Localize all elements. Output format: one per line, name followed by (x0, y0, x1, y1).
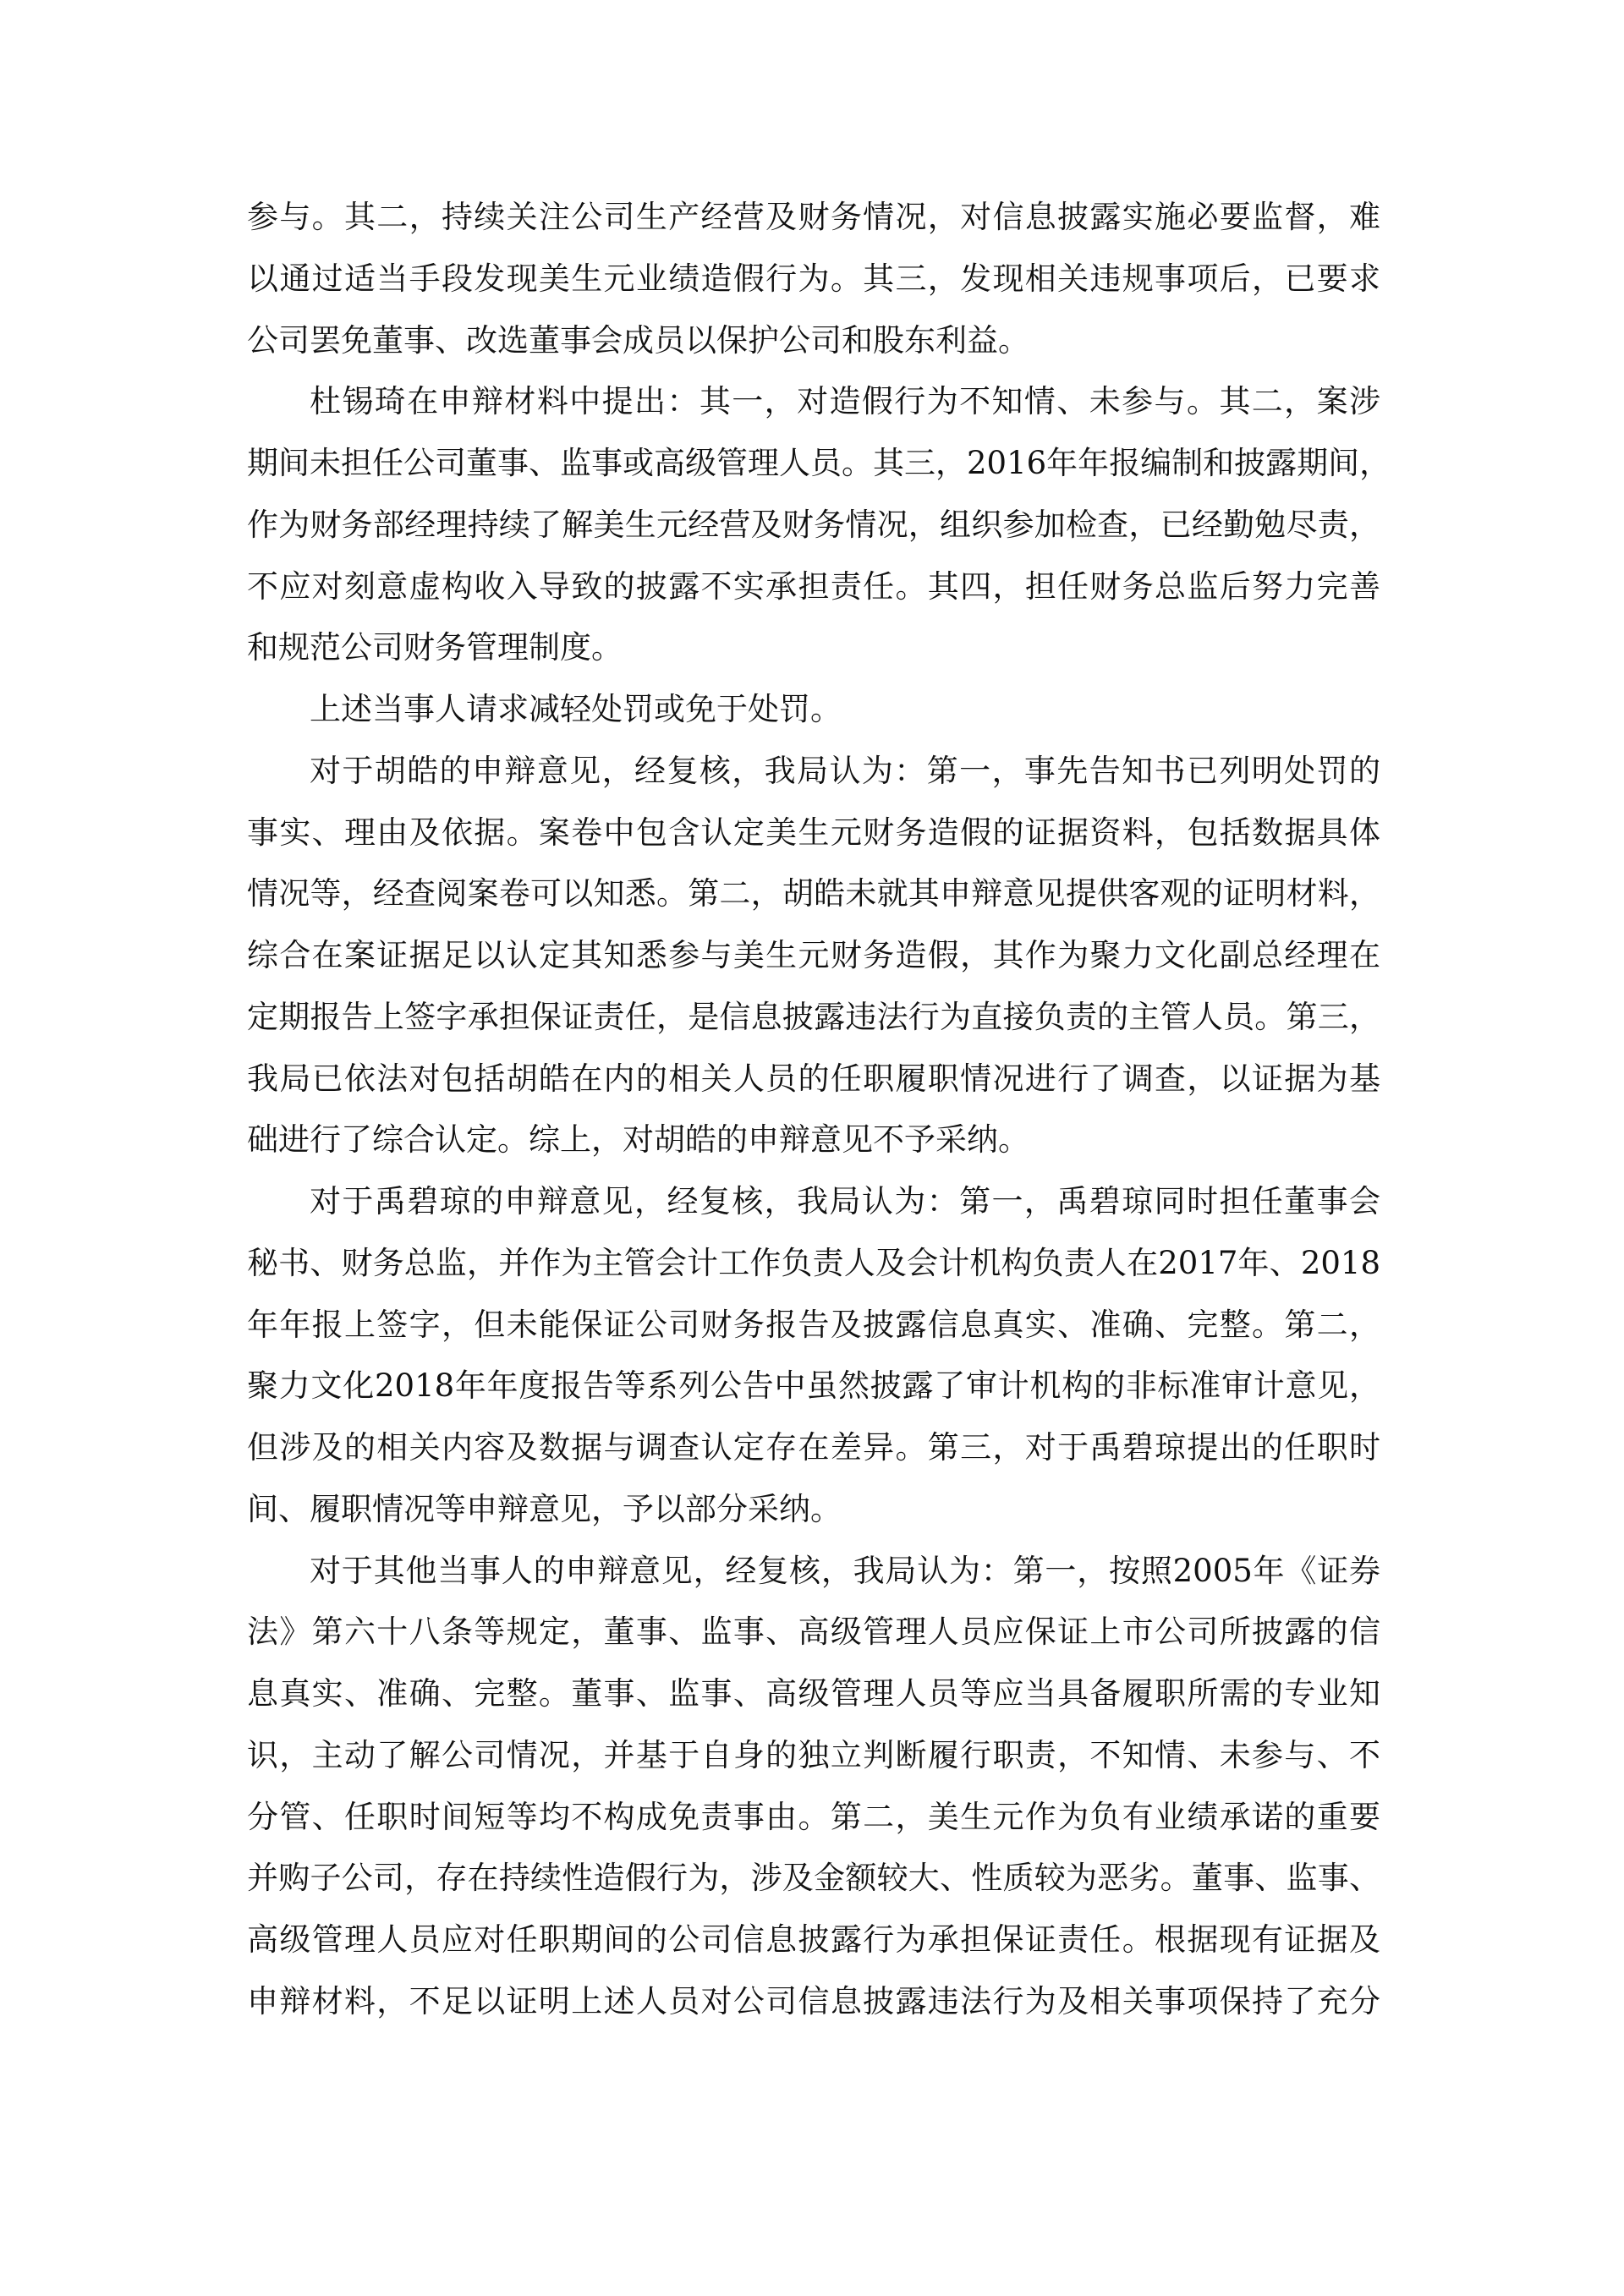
text-line: 上述当事人请求减轻处罚或免于处罚。 (247, 679, 1380, 741)
text-line: 聚力文化2018年年度报告等系列公告中虽然披露了审计机构的非标准审计意见， (247, 1356, 1380, 1417)
text-line: 期间未担任公司董事、监事或高级管理人员。其三，2016年年报编制和披露期间， (247, 433, 1380, 495)
text-line: 对于其他当事人的申辩意见，经复核，我局认为：第一，按照2005年《证券 (247, 1541, 1380, 1603)
text-line: 法》第六十八条等规定，董事、监事、高级管理人员应保证上市公司所披露的信 (247, 1602, 1380, 1663)
text-line: 对于胡皓的申辩意见，经复核，我局认为：第一，事先告知书已列明处罚的 (247, 741, 1380, 803)
paragraph-du-xiqi-defense: 杜锡琦在申辩材料中提出：其一，对造假行为不知情、未参与。其二，案涉 期间未担任公… (247, 371, 1380, 679)
paragraph-yu-biqiong-review: 对于禹碧琼的申辩意见，经复核，我局认为：第一，禹碧琼同时担任董事会 秘书、财务总… (247, 1171, 1380, 1541)
text-line: 分管、任职时间短等均不构成免责事由。第二，美生元作为负有业绩承诺的重要 (247, 1787, 1380, 1849)
document-body: 参与。其二，持续关注公司生产经营及财务情况，对信息披露实施必要监督，难 以通过适… (247, 187, 1380, 2033)
paragraph-other-parties-review: 对于其他当事人的申辩意见，经复核，我局认为：第一，按照2005年《证券 法》第六… (247, 1541, 1380, 2033)
text-line: 公司罢免董事、改选董事会成员以保护公司和股东利益。 (247, 310, 1380, 372)
text-line: 作为财务部经理持续了解美生元经营及财务情况，组织参加检查，已经勤勉尽责， (247, 495, 1380, 556)
text-line: 情况等，经查阅案卷可以知悉。第二，胡皓未就其申辩意见提供客观的证明材料， (247, 863, 1380, 925)
paragraph-penalty-request: 上述当事人请求减轻处罚或免于处罚。 (247, 679, 1380, 741)
text-line: 定期报告上签字承担保证责任，是信息披露违法行为直接负责的主管人员。第三， (247, 987, 1380, 1049)
paragraph-continuation: 参与。其二，持续关注公司生产经营及财务情况，对信息披露实施必要监督，难 以通过适… (247, 187, 1380, 371)
text-line: 参与。其二，持续关注公司生产经营及财务情况，对信息披露实施必要监督，难 (247, 187, 1380, 249)
text-line: 申辩材料，不足以证明上述人员对公司信息披露违法行为及相关事项保持了充分 (247, 1971, 1380, 2033)
text-line: 息真实、准确、完整。董事、监事、高级管理人员等应当具备履职所需的专业知 (247, 1663, 1380, 1725)
text-line: 并购子公司，存在持续性造假行为，涉及金额较大、性质较为恶劣。董事、监事、 (247, 1848, 1380, 1910)
text-line: 但涉及的相关内容及数据与调查认定存在差异。第三，对于禹碧琼提出的任职时 (247, 1417, 1380, 1479)
text-line: 不应对刻意虚构收入导致的披露不实承担责任。其四，担任财务总监后努力完善 (247, 556, 1380, 618)
text-line: 和规范公司财务管理制度。 (247, 617, 1380, 679)
text-line: 年年报上签字，但未能保证公司财务报告及披露信息真实、准确、完整。第二， (247, 1295, 1380, 1356)
text-line: 高级管理人员应对任职期间的公司信息披露行为承担保证责任。根据现有证据及 (247, 1910, 1380, 1971)
text-line: 秘书、财务总监，并作为主管会计工作负责人及会计机构负责人在2017年、2018 (247, 1233, 1380, 1295)
text-line: 识，主动了解公司情况，并基于自身的独立判断履行职责，不知情、未参与、不 (247, 1725, 1380, 1787)
text-line: 础进行了综合认定。综上，对胡皓的申辩意见不予采纳。 (247, 1110, 1380, 1171)
text-line: 事实、理由及依据。案卷中包含认定美生元财务造假的证据资料，包括数据具体 (247, 803, 1380, 864)
text-line: 杜锡琦在申辩材料中提出：其一，对造假行为不知情、未参与。其二，案涉 (247, 371, 1380, 433)
text-line: 以通过适当手段发现美生元业绩造假行为。其三，发现相关违规事项后，已要求 (247, 249, 1380, 310)
text-line: 我局已依法对包括胡皓在内的相关人员的任职履职情况进行了调查，以证据为基 (247, 1049, 1380, 1110)
text-line: 综合在案证据足以认定其知悉参与美生元财务造假，其作为聚力文化副总经理在 (247, 925, 1380, 987)
text-line: 对于禹碧琼的申辩意见，经复核，我局认为：第一，禹碧琼同时担任董事会 (247, 1171, 1380, 1233)
paragraph-hu-hao-review: 对于胡皓的申辩意见，经复核，我局认为：第一，事先告知书已列明处罚的 事实、理由及… (247, 741, 1380, 1171)
document-page: 参与。其二，持续关注公司生产经营及财务情况，对信息披露实施必要监督，难 以通过适… (0, 0, 1624, 2296)
text-line: 间、履职情况等申辩意见，予以部分采纳。 (247, 1479, 1380, 1541)
